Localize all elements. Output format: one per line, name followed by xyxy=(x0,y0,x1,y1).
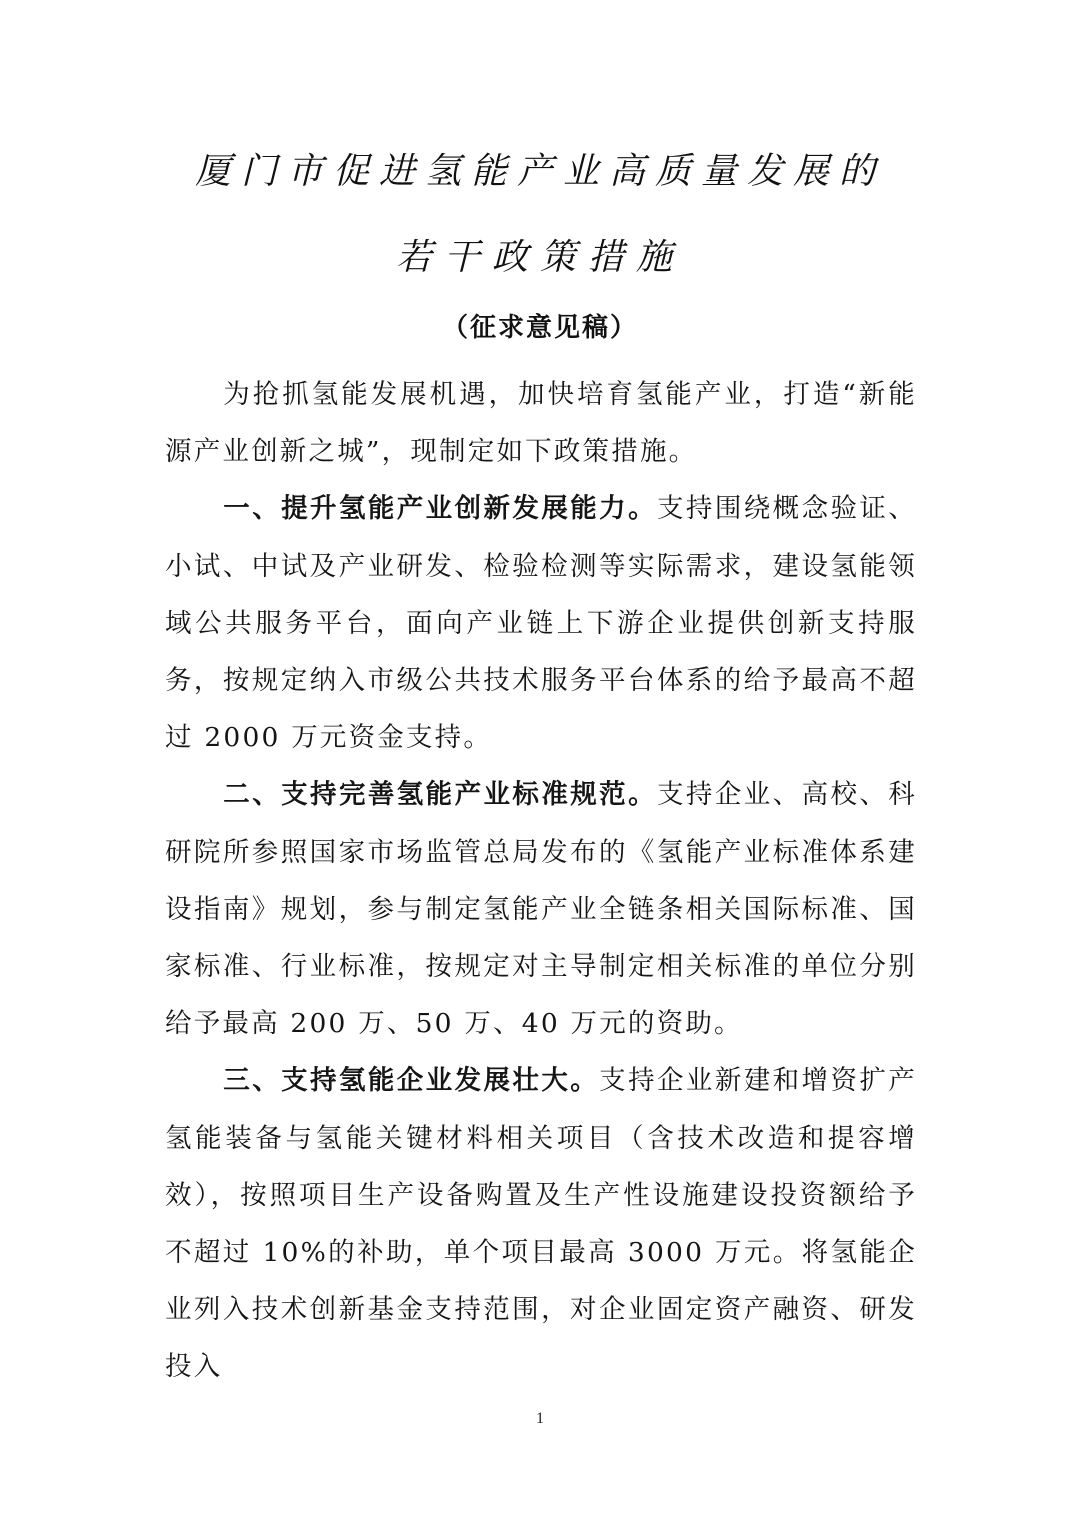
section-paragraph-3: 三、支持氢能企业发展壮大。支持企业新建和增资扩产氢能装备与氢能关键材料相关项目（… xyxy=(165,1052,917,1395)
document-title-line-2: 若干政策措施 xyxy=(0,238,1080,278)
section-paragraph-2: 二、支持完善氢能产业标准规范。支持企业、高校、科研院所参照国家市场监管总局发布的… xyxy=(165,766,917,1052)
section-heading-3: 三、支持氢能企业发展壮大。 xyxy=(223,1065,599,1096)
document-title-line-1: 厦门市促进氢能产业高质量发展的 xyxy=(0,152,1080,192)
section-heading-2: 二、支持完善氢能产业标准规范。 xyxy=(223,779,657,810)
document-page: 厦门市促进氢能产业高质量发展的 若干政策措施 （征求意见稿） 为抢抓氢能发展机遇… xyxy=(0,0,1080,1527)
page-number: 1 xyxy=(0,1410,1080,1428)
intro-text: 为抢抓氢能发展机遇，加快培育氢能产业，打造“新能源产业创新之城”，现制定如下政策… xyxy=(165,379,917,467)
section-heading-1: 一、提升氢能产业创新发展能力。 xyxy=(223,493,657,524)
intro-paragraph: 为抢抓氢能发展机遇，加快培育氢能产业，打造“新能源产业创新之城”，现制定如下政策… xyxy=(165,366,917,480)
section-text-1: 支持围绕概念验证、小试、中试及产业研发、检验检测等实际需求，建设氢能领域公共服务… xyxy=(165,493,917,753)
document-body: 为抢抓氢能发展机遇，加快培育氢能产业，打造“新能源产业创新之城”，现制定如下政策… xyxy=(165,366,917,1396)
document-subtitle: （征求意见稿） xyxy=(0,310,1080,346)
section-text-3: 支持企业新建和增资扩产氢能装备与氢能关键材料相关项目（含技术改造和提容增效），按… xyxy=(165,1065,917,1382)
section-text-2: 支持企业、高校、科研院所参照国家市场监管总局发布的《氢能产业标准体系建设指南》规… xyxy=(165,779,917,1039)
section-paragraph-1: 一、提升氢能产业创新发展能力。支持围绕概念验证、小试、中试及产业研发、检验检测等… xyxy=(165,480,917,766)
